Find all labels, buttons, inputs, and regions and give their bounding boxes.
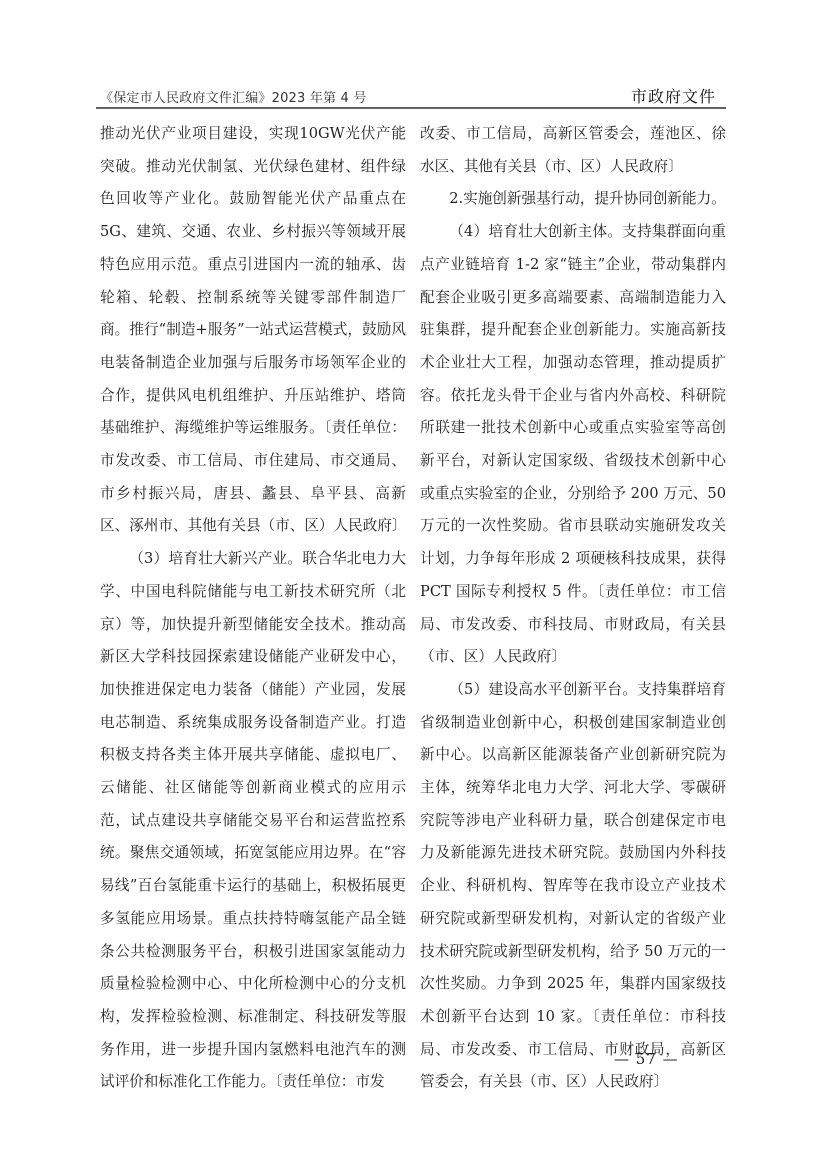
- header-rule: [96, 107, 726, 109]
- page-number: — 57 —: [614, 1050, 679, 1068]
- paragraph-section-4: （4）培育壮大创新主体。支持集群面向重点产业链培育 1-2 家“链主”企业，带动…: [420, 216, 726, 674]
- paragraph-section-5: （5）建设高水平创新平台。支持集群培育省级制造业创新中心，积极创建国家制造业创新…: [420, 674, 726, 1099]
- left-column: 推动光伏产业项目建设，实现10GW光伏产能突破。推动光伏制氢、光伏绿色建材、组件…: [100, 118, 406, 1099]
- paragraph: 改委、市工信局，高新区管委会，莲池区、徐水区、其他有关县（市、区）人民政府〕: [420, 118, 726, 183]
- section-heading-2: 2.实施创新强基行动，提升协同创新能力。: [420, 183, 726, 216]
- running-header: 《保定市人民政府文件汇编》2023 年第 4 号 市政府文件: [94, 84, 726, 106]
- paragraph-section-3: （3）培育壮大新兴产业。联合华北电力大学、中国电科院储能与电工新技术研究所（北京…: [100, 543, 406, 1099]
- right-column: 改委、市工信局，高新区管委会，莲池区、徐水区、其他有关县（市、区）人民政府〕 2…: [420, 118, 726, 1099]
- section-label: 市政府文件: [631, 84, 716, 107]
- publication-title: 《保定市人民政府文件汇编》2023 年第 4 号: [100, 87, 367, 106]
- paragraph: 推动光伏产业项目建设，实现10GW光伏产能突破。推动光伏制氢、光伏绿色建材、组件…: [100, 118, 406, 543]
